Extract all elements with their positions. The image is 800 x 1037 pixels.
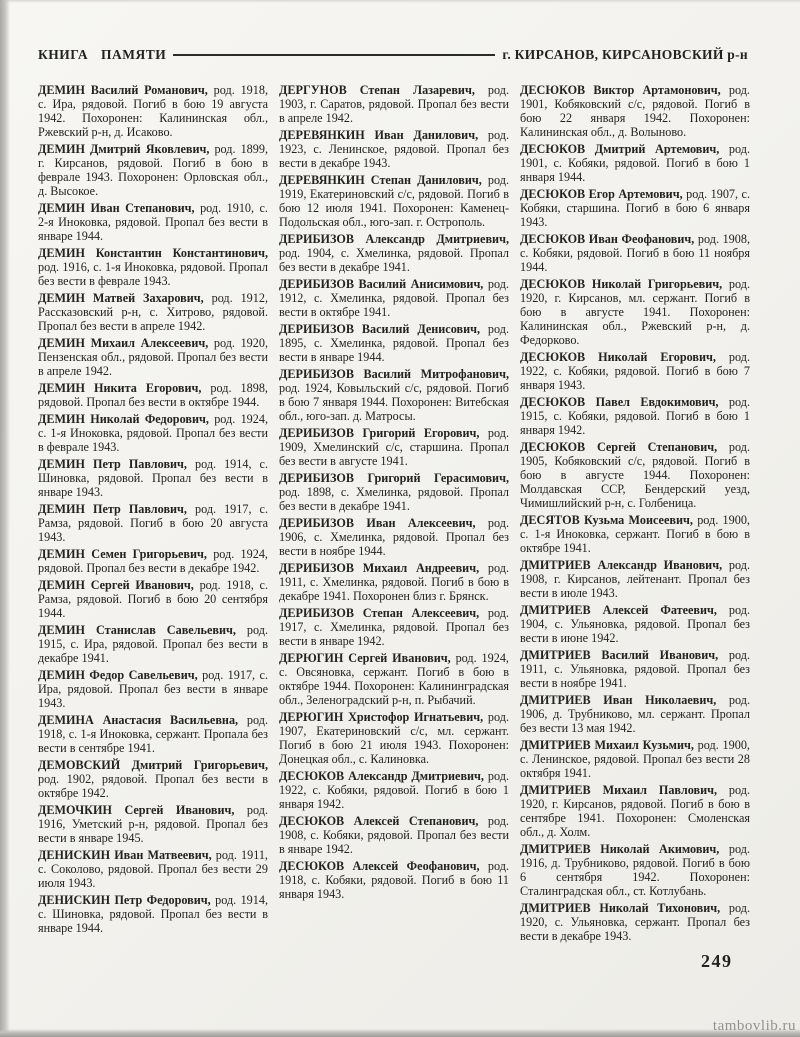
memorial-entry: ДМИТРИЕВ Михаил Кузьмич, род. 1900, с. Л… — [520, 738, 750, 780]
scan-edge-top — [0, 0, 800, 3]
memorial-entry: ДЕРИБИЗОВ Иван Алексеевич, род. 1906, с.… — [279, 516, 509, 558]
entry-surname-name: ДЕРЮГИН Сергей Иванович, — [279, 651, 451, 665]
entry-surname-name: ДЕСЮКОВ Егор Артемович, — [520, 187, 683, 201]
entry-surname-name: ДЕСЮКОВ Виктор Артамонович, — [520, 83, 721, 97]
memorial-entry: ДЕМИН Никита Егорович, род. 1898, рядово… — [38, 381, 268, 409]
entry-surname-name: ДЕМИН Василий Романович, — [38, 83, 208, 97]
memorial-entry: ДЕРИБИЗОВ Григорий Герасимович, род. 189… — [279, 471, 509, 513]
entry-surname-name: ДЕМИН Константин Константинович, — [38, 246, 268, 260]
entry-surname-name: ДЕРИБИЗОВ Михаил Андреевич, — [279, 561, 479, 575]
memorial-entry: ДЕРИБИЗОВ Александр Дмитриевич, род. 190… — [279, 232, 509, 274]
memorial-entry: ДЕМОВСКИЙ Дмитрий Григорьевич, род. 1902… — [38, 758, 268, 800]
entry-surname-name: ДЕСЮКОВ Сергей Степанович, — [520, 440, 717, 454]
header-rule — [173, 54, 495, 56]
scan-edge-bottom — [0, 1029, 800, 1037]
entry-surname-name: ДЕРИБИЗОВ Григорий Герасимович, — [279, 471, 509, 485]
memorial-entry: ДЕНИСКИН Иван Матвеевич, род. 1911, с. С… — [38, 848, 268, 890]
memorial-entry: ДМИТРИЕВ Алексей Фатеевич, род. 1904, с.… — [520, 603, 750, 645]
memorial-entry: ДЕМИН Петр Павлович, род. 1917, с. Рамза… — [38, 502, 268, 544]
entry-surname-name: ДЕМОЧКИН Сергей Иванович, — [38, 803, 234, 817]
entry-surname-name: ДЕМИН Федор Савельевич, — [38, 668, 198, 682]
entry-surname-name: ДМИТРИЕВ Николай Акимович, — [520, 842, 719, 856]
memorial-entry: ДЕСЮКОВ Павел Евдокимович, род. 1915, с.… — [520, 395, 750, 437]
memorial-entry: ДМИТРИЕВ Николай Акимович, род. 1916, д.… — [520, 842, 750, 898]
memorial-entry: ДМИТРИЕВ Иван Николаевич, род. 1906, д. … — [520, 693, 750, 735]
entry-surname-name: ДМИТРИЕВ Василий Иванович, — [520, 648, 718, 662]
entry-surname-name: ДЕМИНА Анастасия Васильевна, — [38, 713, 238, 727]
entry-surname-name: ДЕСЮКОВ Алексей Феофанович, — [279, 859, 480, 873]
entry-surname-name: ДЕРИБИЗОВ Александр Дмитриевич, — [279, 232, 509, 246]
entry-surname-name: ДЕРИБИЗОВ Василий Митрофанович, — [279, 367, 509, 381]
memorial-entry: ДЕРИБИЗОВ Василий Анисимович, род. 1912,… — [279, 277, 509, 319]
memorial-entry: ДЕМИН Станислав Савельевич, род. 1915, с… — [38, 623, 268, 665]
entry-surname-name: ДЕРИБИЗОВ Иван Алексеевич, — [279, 516, 476, 530]
memorial-entry: ДЕМИН Сергей Иванович, род. 1918, с. Рам… — [38, 578, 268, 620]
entry-surname-name: ДЕМИН Матвей Захарович, — [38, 291, 204, 305]
memorial-entry: ДЕРЮГИН Сергей Иванович, род. 1924, с. О… — [279, 651, 509, 707]
column-2: ДЕРГУНОВ Степан Лазаревич, род. 1903, г.… — [279, 83, 509, 946]
entry-surname-name: ДЕСЮКОВ Александр Дмитриевич, — [279, 769, 484, 783]
entry-surname-name: ДЕМОВСКИЙ Дмитрий Григорьевич, — [38, 758, 268, 772]
entry-surname-name: ДЕСЮКОВ Николай Егорович, — [520, 350, 716, 364]
memorial-entry: ДЕМИН Семен Григорьевич, род. 1924, рядо… — [38, 547, 268, 575]
memorial-entry: ДЕРИБИЗОВ Василий Митрофанович, род. 192… — [279, 367, 509, 423]
memorial-entry: ДЕРЕВЯНКИН Иван Данилович, род. 1923, с.… — [279, 128, 509, 170]
memorial-entry: ДЕРЮГИН Христофор Игнатьевич, род. 1907,… — [279, 710, 509, 766]
entry-surname-name: ДМИТРИЕВ Михаил Кузьмич, — [520, 738, 694, 752]
entry-surname-name: ДЕСЮКОВ Иван Феофанович, — [520, 232, 694, 246]
entry-surname-name: ДЕНИСКИН Иван Матвеевич, — [38, 848, 212, 862]
entry-surname-name: ДМИТРИЕВ Николай Тихонович, — [520, 901, 720, 915]
entry-surname-name: ДЕРЕВЯНКИН Иван Данилович, — [279, 128, 478, 142]
entry-surname-name: ДЕМИН Николай Федорович, — [38, 412, 209, 426]
memorial-entry: ДЕРГУНОВ Степан Лазаревич, род. 1903, г.… — [279, 83, 509, 125]
entry-surname-name: ДЕРИБИЗОВ Василий Анисимович, — [279, 277, 483, 291]
entry-surname-name: ДЕСЮКОВ Николай Григорьевич, — [520, 277, 722, 291]
memorial-entry: ДЕМОЧКИН Сергей Иванович, род. 1916, Уме… — [38, 803, 268, 845]
entry-surname-name: ДЕСЮКОВ Дмитрий Артемович, — [520, 142, 719, 156]
memorial-entry: ДЕСЮКОВ Алексей Феофанович, род. 1918, с… — [279, 859, 509, 901]
entry-surname-name: ДМИТРИЕВ Алексей Фатеевич, — [520, 603, 717, 617]
memorial-entry: ДЕМИН Иван Степанович, род. 1910, с. 2-я… — [38, 201, 268, 243]
entry-surname-name: ДЕМИН Дмитрий Яковлевич, — [38, 142, 209, 156]
memorial-entry: ДЕСЮКОВ Егор Артемович, род. 1907, с. Ко… — [520, 187, 750, 229]
memorial-entry: ДЕРЕВЯНКИН Степан Данилович, род. 1919, … — [279, 173, 509, 229]
memorial-entry: ДЕСЯТОВ Кузьма Моисеевич, род. 1900, с. … — [520, 513, 750, 555]
entry-surname-name: ДЕРИБИЗОВ Степан Алексеевич, — [279, 606, 479, 620]
column-1: ДЕМИН Василий Романович, род. 1918, с. И… — [38, 83, 268, 946]
memorial-entry: ДЕСЮКОВ Виктор Артамонович, род. 1901, К… — [520, 83, 750, 139]
page-header: КНИГА ПАМЯТИ г. КИРСАНОВ, КИРСАНОВСКИЙ р… — [38, 47, 748, 63]
entry-surname-name: ДЕРЕВЯНКИН Степан Данилович, — [279, 173, 482, 187]
memorial-entry: ДМИТРИЕВ Михаил Павлович, род. 1920, г. … — [520, 783, 750, 839]
entry-details: род. 1904, с. Хмелинка, рядовой. Пропал … — [279, 246, 509, 274]
entry-surname-name: ДМИТРИЕВ Михаил Павлович, — [520, 783, 717, 797]
entry-surname-name: ДМИТРИЕВ Иван Николаевич, — [520, 693, 716, 707]
memorial-entry: ДЕМИН Михаил Алексеевич, род. 1920, Пенз… — [38, 336, 268, 378]
entry-surname-name: ДЕМИН Сергей Иванович, — [38, 578, 194, 592]
entry-details: род. 1898, с. Хмелинка, рядовой. Пропал … — [279, 485, 509, 513]
memorial-entry: ДЕМИН Николай Федорович, род. 1924, с. 1… — [38, 412, 268, 454]
memorial-entry: ДЕСЮКОВ Иван Феофанович, род. 1908, с. К… — [520, 232, 750, 274]
memorial-entry: ДЕРИБИЗОВ Михаил Андреевич, род. 1911, с… — [279, 561, 509, 603]
memorial-entry: ДЕМИН Федор Савельевич, род. 1917, с. Ир… — [38, 668, 268, 710]
entry-columns: ДЕМИН Василий Романович, род. 1918, с. И… — [38, 83, 750, 946]
entry-details: род. 1902, рядовой. Пропал без вести в о… — [38, 772, 268, 800]
entry-surname-name: ДЕНИСКИН Петр Федорович, — [38, 893, 211, 907]
entry-surname-name: ДЕМИН Иван Степанович, — [38, 201, 195, 215]
memorial-entry: ДЕСЮКОВ Дмитрий Артемович, род. 1901, с.… — [520, 142, 750, 184]
memorial-entry: ДЕРИБИЗОВ Григорий Егорович, род. 1909, … — [279, 426, 509, 468]
entry-surname-name: ДЕСЮКОВ Павел Евдокимович, — [520, 395, 719, 409]
entry-surname-name: ДЕРЮГИН Христофор Игнатьевич, — [279, 710, 483, 724]
memorial-entry: ДЕМИН Василий Романович, род. 1918, с. И… — [38, 83, 268, 139]
memorial-entry: ДЕМИН Петр Павлович, род. 1914, с. Шинов… — [38, 457, 268, 499]
column-3: ДЕСЮКОВ Виктор Артамонович, род. 1901, К… — [520, 83, 750, 946]
memorial-entry: ДМИТРИЕВ Александр Иванович, род. 1908, … — [520, 558, 750, 600]
scan-edge-left — [0, 0, 10, 1037]
entry-surname-name: ДЕМИН Станислав Савельевич, — [38, 623, 236, 637]
memorial-entry: ДЕСЮКОВ Алексей Степанович, род. 1908, с… — [279, 814, 509, 856]
memorial-entry: ДМИТРИЕВ Василий Иванович, род. 1911, с.… — [520, 648, 750, 690]
book-title: КНИГА ПАМЯТИ — [38, 47, 166, 63]
memorial-entry: ДЕРИБИЗОВ Василий Денисович, род. 1895, … — [279, 322, 509, 364]
memorial-entry: ДЕНИСКИН Петр Федорович, род. 1914, с. Ш… — [38, 893, 268, 935]
entry-details: род. 1924, Ковыльский с/с, рядовой. Поги… — [279, 381, 509, 423]
entry-details: род. 1916, с. 1-я Иноковка, рядовой. Про… — [38, 260, 268, 288]
memorial-entry: ДЕМИН Дмитрий Яковлевич, род. 1899, г. К… — [38, 142, 268, 198]
entry-surname-name: ДЕРИБИЗОВ Григорий Егорович, — [279, 426, 479, 440]
memorial-entry: ДЕМИН Матвей Захарович, род. 1912, Расск… — [38, 291, 268, 333]
entry-surname-name: ДЕМИН Никита Егорович, — [38, 381, 201, 395]
entry-surname-name: ДЕМИН Петр Павлович, — [38, 457, 187, 471]
entry-surname-name: ДЕМИН Михаил Алексеевич, — [38, 336, 208, 350]
memorial-entry: ДЕСЮКОВ Николай Егорович, род. 1922, с. … — [520, 350, 750, 392]
scanned-page: КНИГА ПАМЯТИ г. КИРСАНОВ, КИРСАНОВСКИЙ р… — [0, 0, 800, 1037]
memorial-entry: ДЕМИНА Анастасия Васильевна, род. 1918, … — [38, 713, 268, 755]
entry-surname-name: ДЕМИН Семен Григорьевич, — [38, 547, 207, 561]
entry-surname-name: ДЕРИБИЗОВ Василий Денисович, — [279, 322, 480, 336]
memorial-entry: ДЕМИН Константин Константинович, род. 19… — [38, 246, 268, 288]
district-title: г. КИРСАНОВ, КИРСАНОВСКИЙ р-н — [502, 47, 748, 63]
library-watermark: tambovlib.ru — [713, 1018, 796, 1035]
entry-surname-name: ДЕСЯТОВ Кузьма Моисеевич, — [520, 513, 693, 527]
entry-surname-name: ДЕМИН Петр Павлович, — [38, 502, 187, 516]
entry-surname-name: ДЕРГУНОВ Степан Лазаревич, — [279, 83, 475, 97]
memorial-entry: ДЕСЮКОВ Сергей Степанович, род. 1905, Ко… — [520, 440, 750, 510]
memorial-entry: ДЕРИБИЗОВ Степан Алексеевич, род. 1917, … — [279, 606, 509, 648]
memorial-entry: ДЕСЮКОВ Николай Григорьевич, род. 1920, … — [520, 277, 750, 347]
entry-surname-name: ДЕСЮКОВ Алексей Степанович, — [279, 814, 478, 828]
entry-surname-name: ДМИТРИЕВ Александр Иванович, — [520, 558, 722, 572]
memorial-entry: ДЕСЮКОВ Александр Дмитриевич, род. 1922,… — [279, 769, 509, 811]
memorial-entry: ДМИТРИЕВ Николай Тихонович, род. 1920, с… — [520, 901, 750, 943]
page-number: 249 — [701, 951, 733, 972]
